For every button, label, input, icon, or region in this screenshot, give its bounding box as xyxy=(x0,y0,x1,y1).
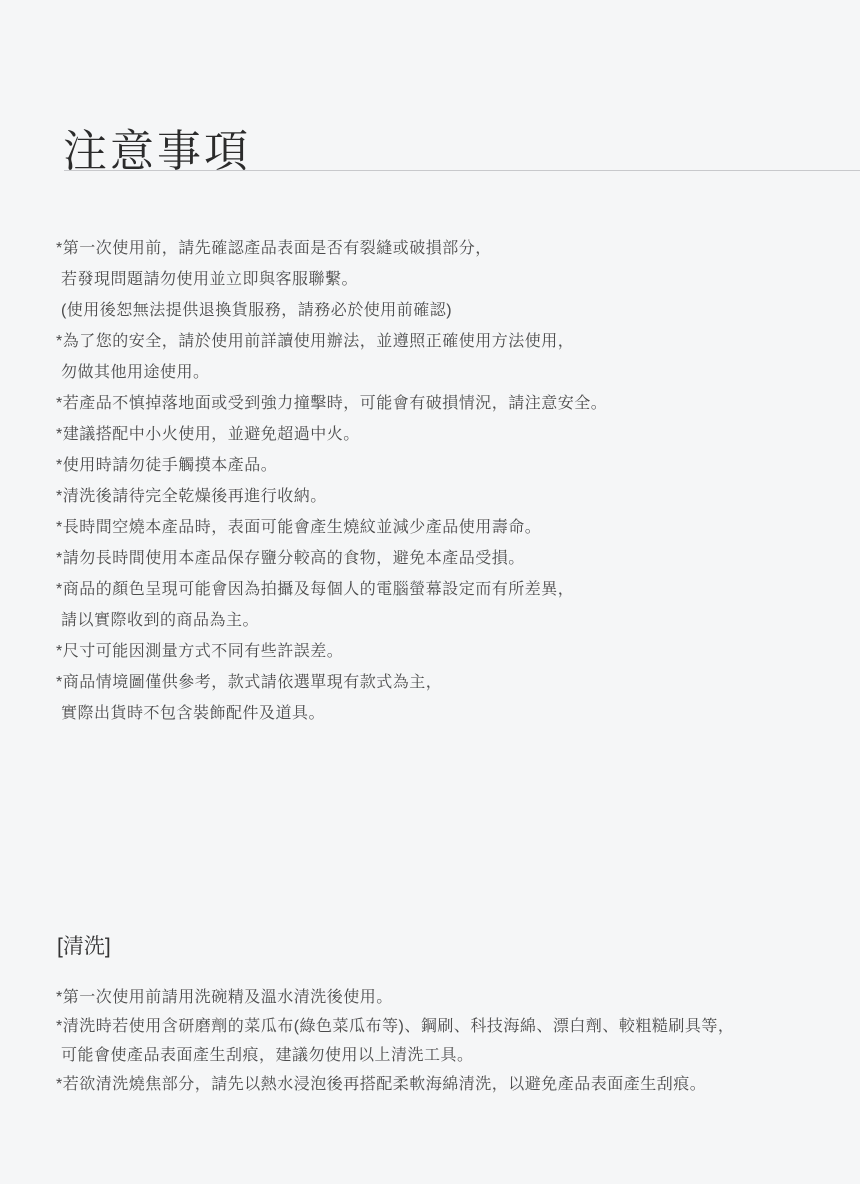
cleaning-list: *第一次使用前請用洗碗精及溫水清洗後使用。 *清洗時若使用含研磨劑的菜瓜布(綠色… xyxy=(56,983,840,1099)
cleaning-line: *清洗時若使用含研磨劑的菜瓜布(綠色菜瓜布等)、鋼刷、科技海綿、漂白劑、較粗糙刷… xyxy=(56,1012,840,1041)
note-line: *商品情境圖僅供參考，款式請依選單現有款式為主， xyxy=(56,667,830,698)
note-line: *商品的顏色呈現可能會因為拍攝及每個人的電腦螢幕設定而有所差異， xyxy=(56,574,830,605)
note-line: 實際出貨時不包含裝飾配件及道具。 xyxy=(56,698,830,729)
cleaning-line: *第一次使用前請用洗碗精及溫水清洗後使用。 xyxy=(56,983,840,1012)
cleaning-line: *若欲清洗燒焦部分，請先以熱水浸泡後再搭配柔軟海綿清洗，以避免產品表面產生刮痕。 xyxy=(56,1070,840,1099)
note-line: (使用後恕無法提供退換貨服務，請務必於使用前確認) xyxy=(56,295,830,326)
title-divider xyxy=(64,170,860,171)
note-line: *若產品不慎掉落地面或受到強力撞擊時，可能會有破損情況，請注意安全。 xyxy=(56,388,830,419)
note-line: *尺寸可能因測量方式不同有些許誤差。 xyxy=(56,636,830,667)
note-line: *第一次使用前，請先確認產品表面是否有裂縫或破損部分， xyxy=(56,233,830,264)
note-line: *請勿長時間使用本產品保存鹽分較高的食物，避免本產品受損。 xyxy=(56,543,830,574)
note-line: *長時間空燒本產品時，表面可能會產生燒紋並減少產品使用壽命。 xyxy=(56,512,830,543)
note-line: *使用時請勿徒手觸摸本產品。 xyxy=(56,450,830,481)
cleaning-line: 可能會使產品表面產生刮痕，建議勿使用以上清洗工具。 xyxy=(56,1041,840,1070)
note-line: 若發現問題請勿使用並立即與客服聯繫。 xyxy=(56,264,830,295)
note-line: *為了您的安全，請於使用前詳讀使用辦法，並遵照正確使用方法使用， xyxy=(56,326,830,357)
notes-list: *第一次使用前，請先確認產品表面是否有裂縫或破損部分， 若發現問題請勿使用並立即… xyxy=(56,233,830,729)
note-line: 請以實際收到的商品為主。 xyxy=(56,605,830,636)
note-line: *清洗後請待完全乾燥後再進行收納。 xyxy=(56,481,830,512)
cleaning-section-heading: [清洗] xyxy=(57,930,111,960)
note-line: 勿做其他用途使用。 xyxy=(56,357,830,388)
precautions-page: 注意事項 *第一次使用前，請先確認產品表面是否有裂縫或破損部分， 若發現問題請勿… xyxy=(0,0,860,1184)
note-line: *建議搭配中小火使用，並避免超過中火。 xyxy=(56,419,830,450)
